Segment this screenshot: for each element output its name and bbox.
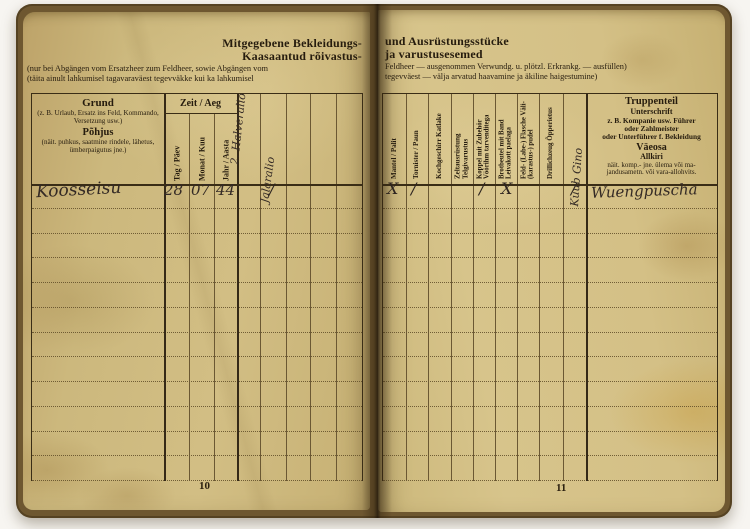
grund-note-et: (näit. puhkus, saatmine rindele, lähetus… <box>32 138 164 155</box>
grund-note-de: (z. B. Urlaub, Ersatz ins Feld, Kommando… <box>32 109 164 126</box>
table-row <box>32 432 362 457</box>
table-row <box>32 382 362 407</box>
table-row <box>32 209 362 234</box>
entry-mark: / <box>411 179 416 198</box>
entry-mark: X <box>501 179 512 198</box>
table-row <box>32 456 362 481</box>
table-row <box>383 209 717 234</box>
grund-label-et: Põhjus <box>32 127 164 138</box>
subtitle-et: (täita ainult lahkumisel tagavaraväest t… <box>27 74 368 84</box>
subtitle-de: Feldheer — ausgenommen Verwundg. u. plöt… <box>385 62 723 72</box>
col-header-kochgeschirr: Kochgeschirr Katlake <box>428 94 451 182</box>
col-header-drillichzeug: Drillichzeug Õpperietus <box>539 94 563 182</box>
title-et: Kaasaantud rõivastus- <box>63 50 362 63</box>
entry-mark: / <box>269 180 274 199</box>
subtitle-et: tegevväest — välja arvatud haavamine ja … <box>385 72 723 82</box>
column-divider <box>563 94 564 481</box>
scanned-booklet-photo: Mitgegebene Bekleidungs- Kaasaantud rõiv… <box>0 0 750 529</box>
table-row <box>383 432 717 457</box>
grund-header: Grund (z. B. Urlaub, Ersatz ins Feld, Ko… <box>32 94 164 184</box>
col-header-koppel: Koppel mit Zubehör Vöörihm tarvenditega <box>473 94 495 182</box>
column-divider <box>310 94 311 481</box>
right-page-title: und Ausrüstungsstücke ja varustusesemed <box>385 35 715 62</box>
right-table: Mantel / Palit Tornister / Paun Kochgesc… <box>382 93 718 481</box>
col-header-feldflasche: Feld- (Labe-) Flasche Väli- (karastus-) … <box>517 94 539 182</box>
right-page: und Ausrüstungsstücke ja varustusesemed … <box>378 10 725 512</box>
entry-mark: / <box>571 179 576 198</box>
column-divider <box>260 94 261 481</box>
table-row <box>32 308 362 333</box>
table-row <box>383 456 717 481</box>
col-header-monat: Monat / Kuu <box>189 114 214 184</box>
right-table-rows <box>383 184 717 481</box>
left-table-rows <box>32 184 362 481</box>
entry-jahr: 44 <box>216 181 235 199</box>
table-row <box>383 308 717 333</box>
entry-monat: 07 <box>191 181 210 199</box>
entry-tag: 28 <box>164 181 183 199</box>
grund-label-de: Grund <box>32 97 164 109</box>
entry-mark: X <box>387 179 398 198</box>
left-table: Grund (z. B. Urlaub, Ersatz ins Feld, Ko… <box>31 93 363 481</box>
title-de: und Ausrüstungsstücke <box>385 35 715 48</box>
table-row <box>383 333 717 358</box>
table-row <box>383 357 717 382</box>
table-row <box>383 234 717 259</box>
left-page-title: Mitgegebene Bekleidungs- Kaasaantud rõiv… <box>63 37 362 64</box>
truppenteil-header: Truppenteil Unterschrift z. B. Kompanie … <box>586 94 717 184</box>
subtitle-de: (nur bei Abgängen vom Ersatzheer zum Fel… <box>27 64 368 74</box>
signature: Wuengpuscha <box>591 180 698 202</box>
table-row <box>383 258 717 283</box>
title-et: ja varustusesemed <box>385 48 715 61</box>
page-number-right: 11 <box>556 482 566 494</box>
table-row <box>383 382 717 407</box>
col-header-tag: Tag / Päev <box>164 114 189 184</box>
left-page-subtitle: (nur bei Abgängen vom Ersatzheer zum Fel… <box>27 64 368 84</box>
right-page-subtitle: Feldheer — ausgenommen Verwundg. u. plöt… <box>385 62 723 82</box>
open-booklet: Mitgegebene Bekleidungs- Kaasaantud rõiv… <box>16 4 732 518</box>
table-row <box>32 407 362 432</box>
column-divider <box>336 94 337 481</box>
col-header-zeltausruestung: Zeltausrüstung Telgivarustus <box>451 94 473 182</box>
column-divider <box>286 94 287 481</box>
table-row <box>383 407 717 432</box>
col-header-mantel: Mantel / Palit <box>383 94 406 182</box>
entry-mark: / <box>479 179 484 198</box>
table-row <box>32 357 362 382</box>
title-de: Mitgegebene Bekleidungs- <box>63 37 362 50</box>
table-row <box>32 234 362 259</box>
zeit-header: Zeit / Aeg <box>164 94 237 114</box>
col-header-brotbeutel: Brotbeutel mit Band Leivakott paelaga <box>495 94 517 182</box>
table-row <box>383 283 717 308</box>
table-row <box>32 258 362 283</box>
left-page: Mitgegebene Bekleidungs- Kaasaantud rõiv… <box>23 12 370 510</box>
table-row <box>32 283 362 308</box>
page-number-left: 10 <box>199 480 210 492</box>
table-row <box>32 333 362 358</box>
col-header-tornister: Tornister / Paun <box>406 94 428 182</box>
